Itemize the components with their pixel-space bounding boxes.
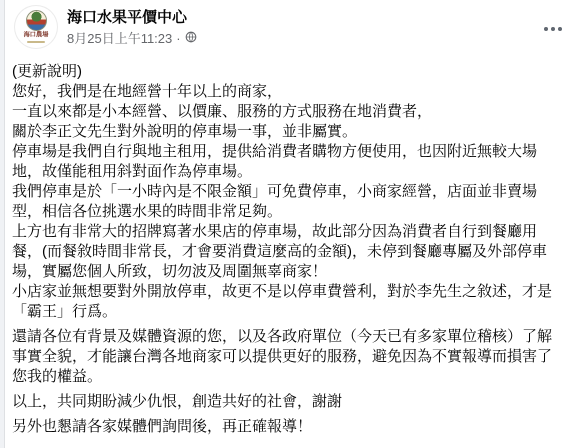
meta-separator: · [176, 30, 180, 47]
farm-logo-icon [26, 10, 47, 31]
post-text-line: 上方也有非常大的招牌寫著水果店的停車場，故此部分因為消費者自行到餐廳用 [12, 222, 573, 242]
post-paragraph: 以上，共同期盼減少仇恨，創造共好的社會，謝謝 [12, 392, 573, 412]
post-text-line: 我們停車是於「一小時內是不限金額」可免費停車，小商家經營，店面並非賣場 [12, 182, 573, 202]
page-avatar[interactable]: 海口農場 [14, 5, 58, 49]
post-paragraph: 另外也懇請各家媒體們詢問後，再正確報導！ [12, 417, 573, 437]
ellipsis-horizontal-icon [543, 19, 563, 37]
avatar-logo-text: 海口農場 [23, 32, 49, 38]
post-text-line: 場，實屬您個人所致，切勿波及周圍無辜商家！ [12, 262, 573, 282]
avatar-logo-subtext [27, 41, 45, 43]
post-text-line: 關於李正文先生對外說明的停車場一事，並非屬實。 [12, 122, 573, 142]
post-text-line: 您我的權益。 [12, 367, 573, 387]
post-header-info: 海口水果平價中心 8月25日上午11:23 · [67, 5, 197, 47]
facebook-post-view: 海口農場 海口水果平價中心 8月25日上午11:23 · [0, 0, 583, 448]
timestamp-link[interactable]: 8月25日上午11:23 [67, 30, 172, 47]
post-text-line: (更新說明) [12, 62, 573, 82]
post-text-line: 地，故僅能租用斜對面作為停車場。 [12, 162, 573, 182]
post-text-line: 停車場是我們自行與地主租用，提供給消費者購物方便使用，也因附近無較大場 [12, 142, 573, 162]
post-text-line: 還請各位有背景及媒體資源的您，以及各政府單位（今天已有多家單位稽核）了解 [12, 327, 573, 347]
post-card: 海口農場 海口水果平價中心 8月25日上午11:23 · [5, 0, 583, 448]
post-text-line: 您好，我們是在地經營十年以上的商家， [12, 82, 573, 102]
post-header: 海口農場 海口水果平價中心 8月25日上午11:23 · [5, 0, 583, 53]
post-paragraph: (更新說明)您好，我們是在地經營十年以上的商家，一直以來都是小本經營、以價廉、服… [12, 62, 573, 322]
post-text: (更新說明)您好，我們是在地經營十年以上的商家，一直以來都是小本經營、以價廉、服… [5, 53, 583, 448]
post-text-line: 餐，(而餐敘時間非常長，才會要消費這麼高的金額)，未停到餐廳專屬及外部停車 [12, 242, 573, 262]
post-paragraph: 還請各位有背景及媒體資源的您，以及各政府單位（今天已有多家單位稽核）了解事實全貌… [12, 327, 573, 387]
post-text-line: 「霸王」行爲。 [12, 302, 573, 322]
globe-public-icon [185, 30, 197, 47]
more-options-button[interactable] [539, 17, 567, 39]
post-meta: 8月25日上午11:23 · [67, 29, 197, 47]
post-text-line: 小店家並無想要對外開放停車，故更不是以停車費營利，對於李先生之敘述，才是 [12, 282, 573, 302]
post-text-line: 型，相信各位挑選水果的時間非常足夠。 [12, 202, 573, 222]
post-text-line: 以上，共同期盼減少仇恨，創造共好的社會，謝謝 [12, 392, 573, 412]
post-text-line: 一直以來都是小本經營、以價廉、服務的方式服務在地消費者， [12, 102, 573, 122]
page-name-link[interactable]: 海口水果平價中心 [67, 8, 197, 28]
post-text-line: 事實全貌，才能讓台灣各地商家可以提供更好的服務，避免因為不實報導而損害了 [12, 347, 573, 367]
post-text-line: 另外也懇請各家媒體們詢問後，再正確報導！ [12, 417, 573, 437]
